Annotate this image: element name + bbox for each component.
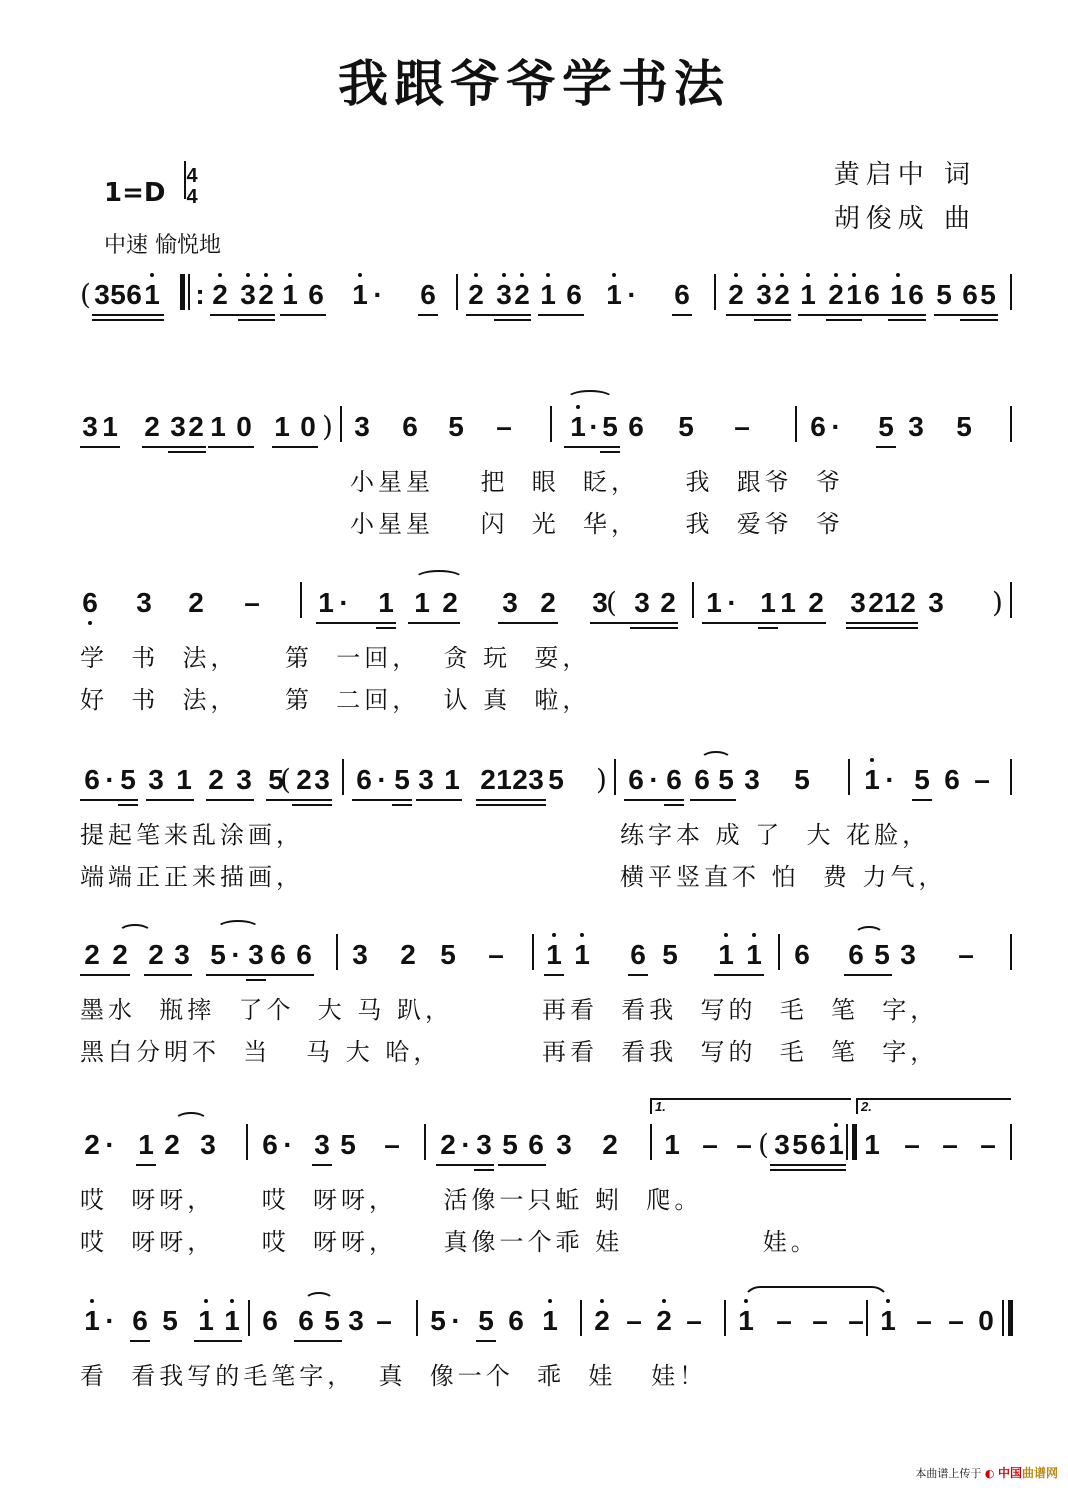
lyric-line-1: 学 书 法， 第 一回， 贪 玩 耍， [80,638,590,673]
key-signature: 1=D [104,178,165,208]
lyric-line-2-right: 再看 看我 写的 毛 笔 字， [542,1032,938,1067]
time-signature: 4 4 [184,166,200,208]
lyric-line-2: 端端正正来描画， [80,857,304,892]
lyric-line-1-right: 练字本 成 了 大 花脸， [620,815,930,850]
volta-first-ending: 1. [650,1098,851,1114]
lyric-line-2: 好 书 法， 第 二回， 认 真 啦， [80,680,590,715]
lyric-line-2: 小星星 闪 光 华， 我 爱爷 爷 [350,504,844,539]
composer-credit: 胡俊成 曲 [834,198,976,235]
lyric-line-2-right: 横平竖直不 怕 费 力气， [620,857,947,892]
lyric-line-1: 提起笔来乱涂画， [80,815,304,850]
brand-name-b: 曲谱网 [1022,1466,1058,1480]
lyric-line-1: 哎 呀呀， 哎 呀呀， 活像一只蚯 蚓 爬。 [80,1180,702,1215]
brand-name-a: 中国 [998,1466,1022,1480]
site-logo-icon: ◐ [985,1467,995,1480]
footer-watermark: 本曲谱上传于 ◐ 中国曲谱网 [915,1464,1058,1481]
lyric-line-2: 黑白分明不 当 马 大 哈， [80,1032,441,1067]
lyric-line-2: 哎 呀呀， 哎 呀呀， 真像一个乖 娃 娃。 [80,1222,819,1257]
volta-second-ending: 2. [856,1098,1011,1114]
lyricist-credit: 黄启中 词 [834,154,976,191]
lyric-line-1-right: 再看 看我 写的 毛 笔 字， [542,990,938,1025]
lyric-line-1: 小星星 把 眼 眨， 我 跟爷 爷 [350,462,844,497]
score-title: 我跟爷爷学书法 [0,44,1068,116]
time-sig-bottom: 4 [186,186,197,208]
upload-text: 本曲谱上传于 [915,1467,981,1480]
tempo-marking: 中速 愉悦地 [104,228,221,259]
time-sig-top: 4 [186,165,197,187]
lyric-line-1: 看 看我写的毛笔字， 真 像一个 乖 娃 娃！ [80,1356,707,1391]
lyric-line-1: 墨水 瓶摔 了个 大 马 趴， [80,990,453,1025]
